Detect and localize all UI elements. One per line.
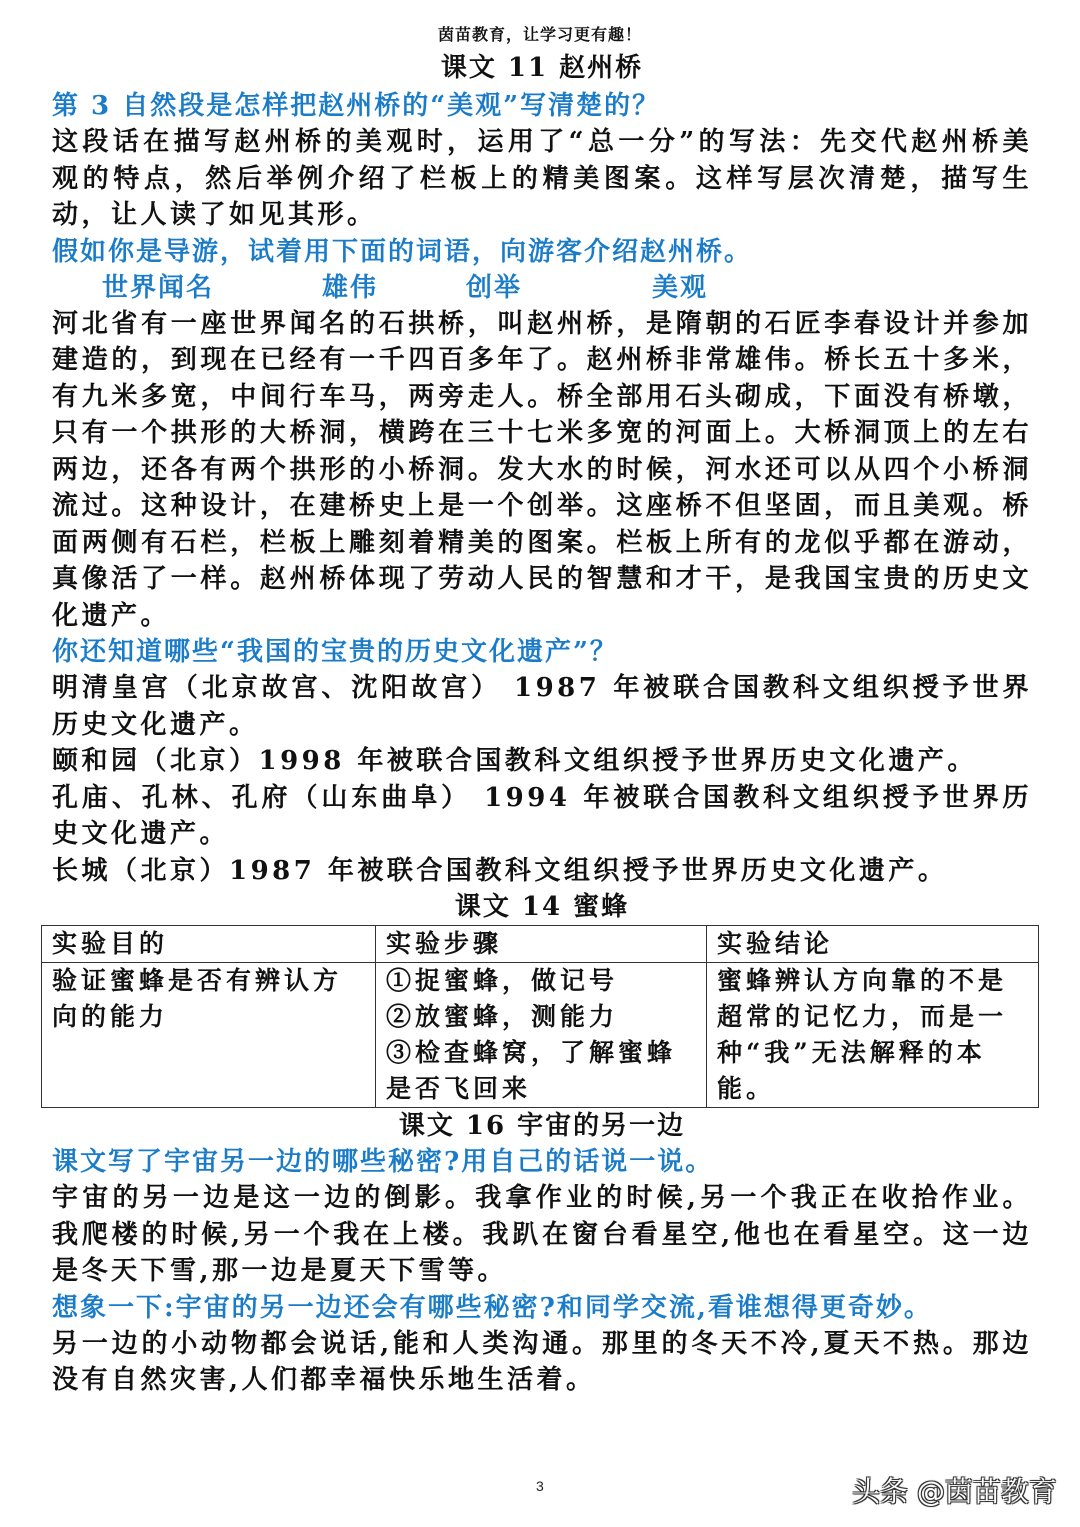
heritage-item: 长城（北京）1987 年被联合国教科文组织授予世界历史文化遗产。 (52, 853, 1032, 890)
term: 美观 (652, 270, 708, 306)
table-cell-conclusion: 蜜蜂辨认方向靠的不是超常的记忆力，而是一种“我”无法解释的本能。 (707, 963, 1039, 1108)
step: ③检查蜂窝，了解蜜蜂是否飞回来 (386, 1035, 696, 1107)
page-number: 3 (536, 1478, 544, 1494)
experiment-table: 实验目的 实验步骤 实验结论 验证蜜蜂是否有辨认方向的能力 ①捉蜜蜂，做记号 ②… (41, 925, 1039, 1108)
lesson-16-question-2: 想象一下:宇宙的另一边还会有哪些秘密?和同学交流,看谁想得更奇妙。 (52, 1290, 1032, 1326)
lesson-16-answer-2: 另一边的小动物都会说话,能和人类沟通。那里的冬天不冷,夏天不热。那边没有自然灾害… (52, 1326, 1032, 1399)
table-header-cell: 实验目的 (42, 926, 376, 963)
lesson-16-question-1: 课文写了宇宙另一边的哪些秘密?用自己的话说一说。 (52, 1144, 1032, 1180)
heritage-item: 颐和园（北京）1998 年被联合国教科文组织授予世界历史文化遗产。 (52, 743, 1032, 780)
lesson-16-title: 课文 16 宇宙的另一边 (52, 1108, 1032, 1144)
term: 创举 (466, 270, 652, 306)
heritage-item: 孔庙、孔林、孔府（山东曲阜） 1994 年被联合国教科文组织授予世界历史文化遗产… (52, 780, 1032, 853)
document-body: 课文 11 赵州桥 第 3 自然段是怎样把赵州桥的“美观”写清楚的？ 这段话在描… (52, 48, 1032, 1399)
lesson-14-title: 课文 14 蜜蜂 (52, 889, 1032, 925)
watermark: 头条 @茵苗教育 (852, 1470, 1057, 1510)
term: 雄伟 (322, 270, 466, 306)
lesson-11-answer-2: 河北省有一座世界闻名的石拱桥，叫赵州桥，是隋朝的石匠李春设计并参加建造的，到现在… (52, 306, 1032, 635)
lesson-11-question-1: 第 3 自然段是怎样把赵州桥的“美观”写清楚的？ (52, 88, 1032, 124)
table-header-cell: 实验步骤 (376, 926, 707, 963)
table-cell-purpose: 验证蜜蜂是否有辨认方向的能力 (42, 963, 376, 1108)
table-header-row: 实验目的 实验步骤 实验结论 (42, 926, 1039, 963)
table-row: 验证蜜蜂是否有辨认方向的能力 ①捉蜜蜂，做记号 ②放蜜蜂，测能力 ③检查蜂窝，了… (42, 963, 1039, 1108)
term: 世界闻名 (102, 270, 322, 306)
lesson-11-answer-1: 这段话在描写赵州桥的美观时，运用了“总一分”的写法：先交代赵州桥美观的特点，然后… (52, 124, 1032, 234)
table-cell-steps: ①捉蜜蜂，做记号 ②放蜜蜂，测能力 ③检查蜂窝，了解蜜蜂是否飞回来 (376, 963, 707, 1108)
heritage-item: 明清皇宫（北京故宫、沈阳故宫） 1987 年被联合国教科文组织授予世界历史文化遗… (52, 670, 1032, 743)
page-header-slogan: 茵苗教育，让学习更有趣！ (0, 22, 1080, 45)
lesson-16-answer-1: 宇宙的另一边是这一边的倒影。我拿作业的时候,另一个我正在收拾作业。我爬楼的时候,… (52, 1180, 1032, 1290)
step: ②放蜜蜂，测能力 (386, 999, 696, 1035)
table-header-cell: 实验结论 (707, 926, 1039, 963)
lesson-11-title: 课文 11 赵州桥 (52, 48, 1032, 88)
step: ①捉蜜蜂，做记号 (386, 963, 696, 999)
lesson-11-question-3: 你还知道哪些“我国的宝贵的历史文化遗产”？ (52, 634, 1032, 670)
lesson-11-question-2: 假如你是导游，试着用下面的词语，向游客介绍赵州桥。 (52, 234, 1032, 270)
lesson-11-terms: 世界闻名 雄伟 创举 美观 (52, 270, 1032, 306)
